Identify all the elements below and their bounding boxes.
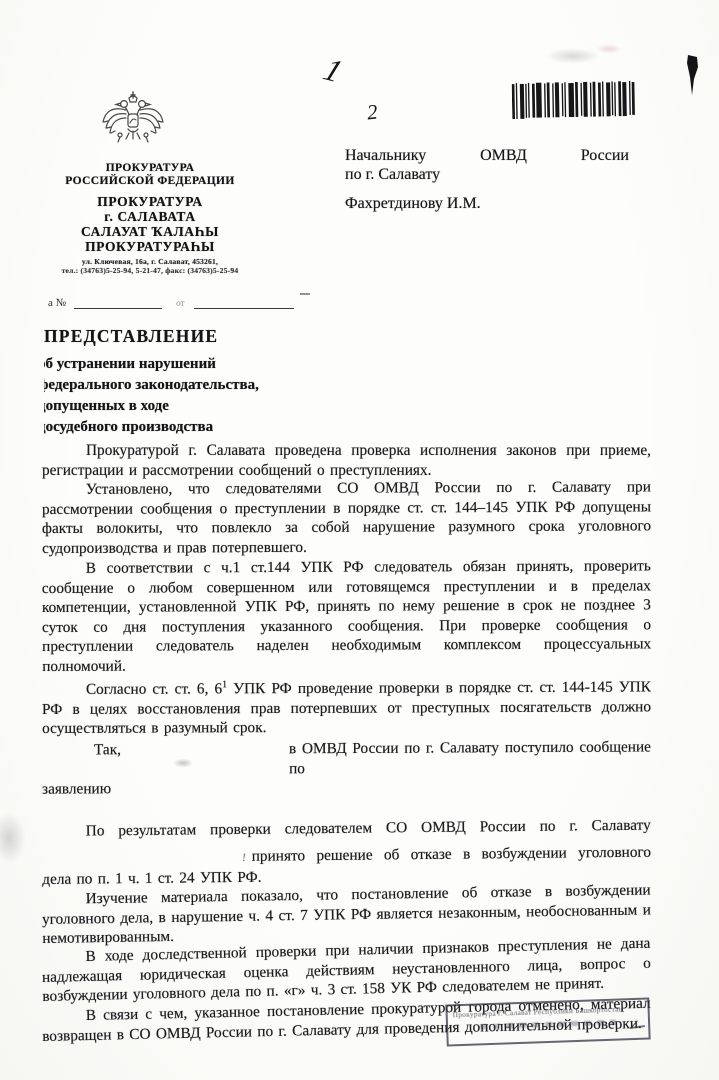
paragraph-text: Согласно ст. ст. 6, 6	[86, 680, 222, 698]
letterhead-line: РОССИЙСКОЙ ФЕДЕРАЦИИ	[18, 175, 282, 188]
handwritten-page-number: 1	[318, 51, 348, 90]
scan-artifact-mark: !	[242, 848, 246, 868]
prosecutor-office-stamp: Прокуратура г. Салават Республики Башкор…	[445, 997, 650, 1046]
recipient-word: России	[581, 146, 629, 165]
recipient-word: ОМВД	[480, 146, 527, 165]
scan-fold-artifact	[686, 55, 700, 97]
paragraph: Установлено, что следователями СО ОМВД Р…	[42, 478, 651, 559]
letterhead-address: ул. Ключевая, 16а, г. Салават, 453261,	[18, 257, 282, 266]
document-title-block: ПРЕДСТАВЛЕНИЕ об устранении нарушений фе…	[44, 326, 354, 438]
letterhead-line: ПРОКУРАТУРА	[18, 162, 282, 175]
barcode	[512, 81, 637, 120]
redacted-gap	[121, 753, 289, 754]
paragraph: Прокуратурой г. Салавата проведена прове…	[42, 441, 651, 480]
scan-smudge	[596, 44, 622, 54]
redacted-gap	[42, 860, 242, 862]
recipient-word: Начальнику	[345, 146, 426, 165]
reference-blank-rule	[74, 298, 162, 309]
document-body: Прокуратурой г. Салавата проведена прове…	[0, 441, 719, 1046]
title-subtitle-line: допущенных в ходе	[44, 396, 354, 417]
stamp-illegible-line	[480, 1020, 617, 1030]
reference-number-line: а №от	[48, 297, 294, 309]
reference-from-label: от	[176, 298, 184, 308]
scan-artifact	[300, 293, 310, 295]
scan-smudge	[545, 48, 600, 64]
paragraph: В соответствии с ч.1 ст.144 УПК РФ следо…	[42, 556, 652, 676]
letterhead-line: ПРОКУРАТУРАҺЫ	[18, 239, 282, 254]
paragraph-redacted: По результатам проверки следователем СО …	[42, 815, 652, 889]
handwritten-mark: 2	[366, 100, 379, 126]
letterhead-line: ПРОКУРАТУРА	[18, 194, 282, 209]
recipient-line-1: Начальнику ОМВД России	[345, 146, 629, 165]
letterhead-phones: тел.: (34763)5-25-94, 5-21-47, факс: (34…	[18, 266, 282, 275]
letterhead: ПРОКУРАТУРА РОССИЙСКОЙ ФЕДЕРАЦИИ ПРОКУРА…	[18, 162, 282, 275]
scanned-document-page: ПРОКУРАТУРА РОССИЙСКОЙ ФЕДЕРАЦИИ ПРОКУРА…	[0, 0, 719, 1080]
recipient-line-2: по г. Салавату	[345, 165, 629, 184]
recipient-name: Фахретдинову И.М.	[345, 195, 629, 213]
stamp-text: Прокуратура г. Салават Республики Башкор…	[453, 1004, 643, 1020]
letterhead-line: САЛАУАТ ҠАЛАҺЫ	[18, 224, 282, 239]
paragraph-text: принято решение об отказе в возбуждении …	[252, 842, 652, 866]
title-subtitle-line: об устранении нарушений	[44, 354, 354, 375]
paragraph-text: в ОМВД России по г. Салавату поступило с…	[289, 737, 651, 778]
letterhead-line: г. САЛАВАТА	[18, 209, 282, 224]
recipient-block: Начальнику ОМВД России по г. Салавату Фа…	[345, 146, 629, 213]
reference-prefix: а №	[48, 297, 66, 309]
paragraph: Согласно ст. ст. 6, 61 УПК РФ проведение…	[42, 673, 651, 739]
title-subtitle-line: федерального законодательства,	[44, 375, 354, 396]
paragraph-text: Так,	[94, 740, 121, 760]
document-title: ПРЕДСТАВЛЕНИЕ	[44, 326, 354, 347]
title-subtitle-line: досудебного производства	[44, 417, 354, 438]
russia-coat-of-arms-emblem	[98, 88, 168, 158]
reference-blank-rule	[194, 298, 294, 309]
paragraph-text: заявлению	[42, 777, 651, 800]
paragraph-redacted-line: Так,в ОМВД России по г. Салавату поступи…	[42, 737, 651, 779]
